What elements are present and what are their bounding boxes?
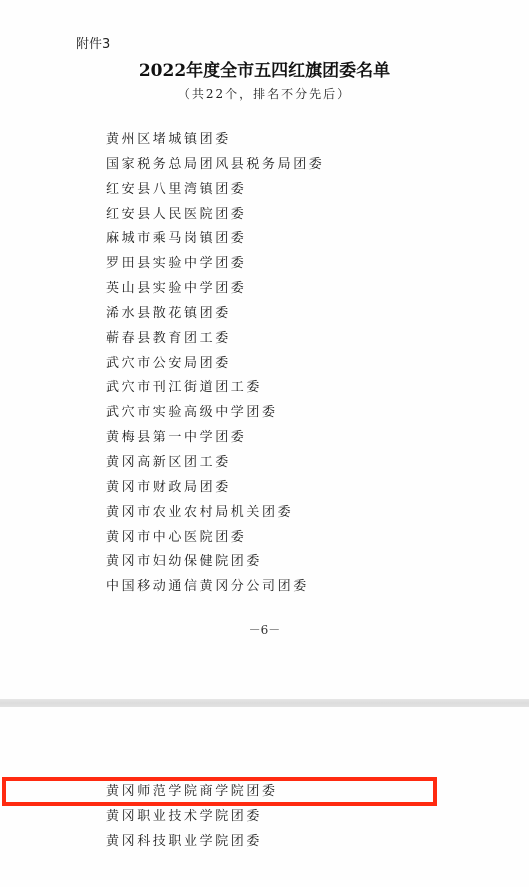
list-item: 武穴市公安局团委 — [106, 355, 324, 380]
page-number: －6－ — [0, 621, 529, 638]
list-item: 黄冈市财政局团委 — [106, 479, 324, 504]
list-item: 黄梅县第一中学团委 — [106, 429, 324, 454]
list-item: 中国移动通信黄冈分公司团委 — [106, 578, 324, 603]
document-page-1: 附件3 2022年度全市五四红旗团委名单 （共22个，排名不分先后） 黄州区堵城… — [0, 0, 529, 699]
list-item: 蕲春县教育团工委 — [106, 330, 324, 355]
list-item: 国家税务总局团风县税务局团委 — [106, 156, 324, 181]
page-separator — [0, 699, 529, 707]
attachment-label: 附件3 — [76, 33, 110, 52]
list-item: 罗田县实验中学团委 — [106, 255, 324, 280]
list-item: 黄冈科技职业学院团委 — [106, 833, 278, 858]
list-item: 武穴市实验高级中学团委 — [106, 404, 324, 429]
list-item: 浠水县散花镇团委 — [106, 305, 324, 330]
document-subtitle: （共22个，排名不分先后） — [0, 85, 529, 102]
document-title: 2022年度全市五四红旗团委名单 — [0, 56, 529, 81]
list-item: 麻城市乘马岗镇团委 — [106, 230, 324, 255]
list-item: 黄冈市中心医院团委 — [106, 529, 324, 554]
list-item: 黄州区堵城镇团委 — [106, 131, 324, 156]
list-item: 武穴市刊江街道团工委 — [106, 379, 324, 404]
organization-list: 黄州区堵城镇团委 国家税务总局团风县税务局团委 红安县八里湾镇团委 红安县人民医… — [106, 131, 324, 603]
list-item: 黄冈高新区团工委 — [106, 454, 324, 479]
list-item: 黄冈职业技术学院团委 — [106, 808, 278, 833]
list-item: 红安县人民医院团委 — [106, 206, 324, 231]
list-item: 红安县八里湾镇团委 — [106, 181, 324, 206]
list-item: 黄冈市妇幼保健院团委 — [106, 553, 324, 578]
list-item: 英山县实验中学团委 — [106, 280, 324, 305]
list-item: 黄冈市农业农村局机关团委 — [106, 504, 324, 529]
list-item-highlighted: 黄冈师范学院商学院团委 — [106, 783, 278, 808]
organization-list-continued: 黄冈师范学院商学院团委 黄冈职业技术学院团委 黄冈科技职业学院团委 — [106, 783, 278, 858]
